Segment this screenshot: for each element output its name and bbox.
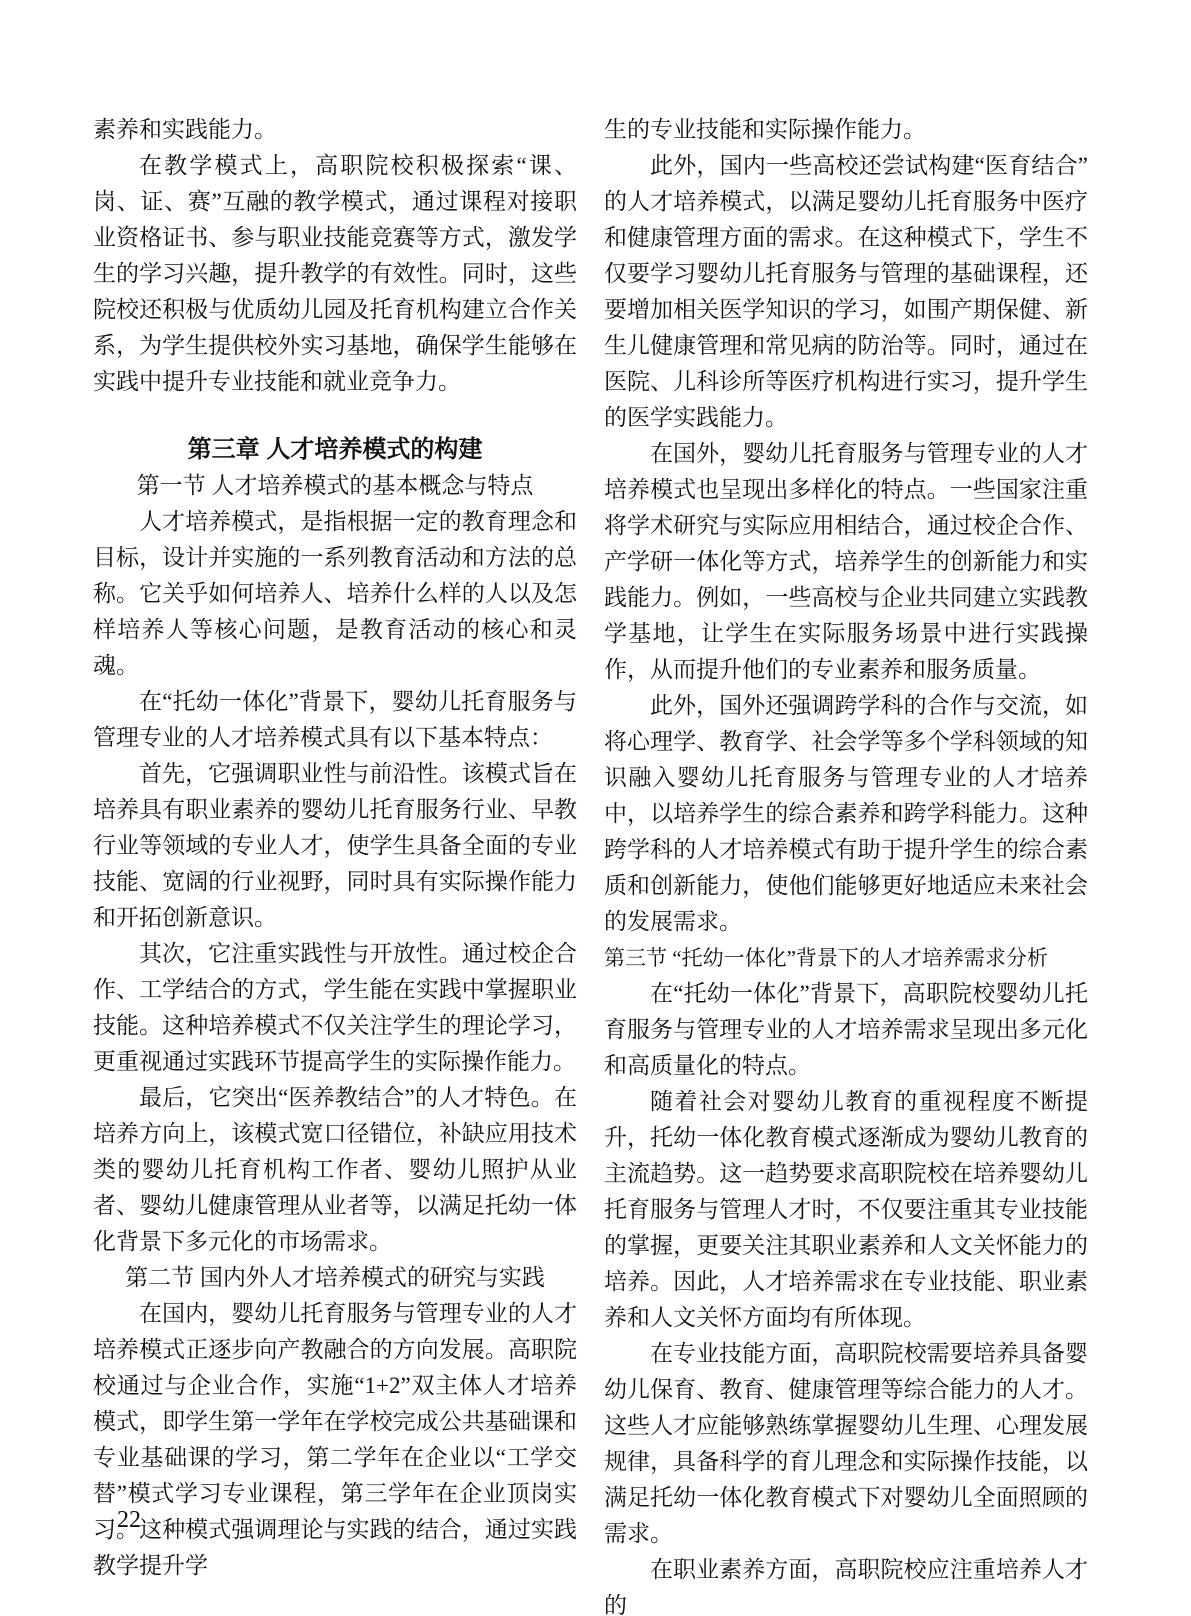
body-paragraph: 随着社会对婴幼儿教育的重视程度不断提升，托幼一体化教育模式逐渐成为婴幼儿教育的主… xyxy=(604,1084,1088,1336)
body-paragraph: 在国外，婴幼儿托育服务与管理专业的人才培养模式也呈现出多样化的特点。一些国家注重… xyxy=(604,436,1088,688)
body-paragraph: 其次，它注重实践性与开放性。通过校企合作、工学结合的方式，学生能在实践中掌握职业… xyxy=(93,936,577,1080)
body-paragraph: 在专业技能方面，高职院校需要培养具备婴幼儿保育、教育、健康管理等综合能力的人才。… xyxy=(604,1336,1088,1552)
section-heading: 第三节 “托幼一体化”背景下的人才培养需求分析 xyxy=(604,940,1088,976)
body-paragraph: 生的专业技能和实际操作能力。 xyxy=(604,112,1088,148)
body-paragraph: 人才培养模式，是指根据一定的教育理念和目标，设计并实施的一系列教育活动和方法的总… xyxy=(93,504,577,684)
section-heading: 第二节 国内外人才培养模式的研究与实践 xyxy=(93,1260,577,1296)
section-heading: 第一节 人才培养模式的基本概念与特点 xyxy=(93,468,577,504)
body-paragraph: 在“托幼一体化”背景下，高职院校婴幼儿托育服务与管理专业的人才培养需求呈现出多元… xyxy=(604,976,1088,1084)
body-paragraph: 此外，国内一些高校还尝试构建“医育结合”的人才培养模式，以满足婴幼儿托育服务中医… xyxy=(604,148,1088,436)
body-paragraph: 首先，它强调职业性与前沿性。该模式旨在培养具有职业素养的婴幼儿托育服务行业、早教… xyxy=(93,756,577,936)
page-number: 22 xyxy=(117,1502,141,1538)
body-paragraph: 最后，它突出“医养教结合”的人才特色。在培养方向上，该模式宽口径错位，补缺应用技… xyxy=(93,1080,577,1260)
body-paragraph: 素养和实践能力。 xyxy=(93,112,577,148)
body-paragraph: 在教学模式上，高职院校积极探索“课、岗、证、赛”互融的教学模式，通过课程对接职业… xyxy=(93,148,577,400)
body-paragraph: 此外，国外还强调跨学科的合作与交流，如将心理学、教育学、社会学等多个学科领域的知… xyxy=(604,688,1088,940)
chapter-heading: 第三章 人才培养模式的构建 xyxy=(93,432,577,468)
body-paragraph: 在国内，婴幼儿托育服务与管理专业的人才培养模式正逐步向产教融合的方向发展。高职院… xyxy=(93,1296,577,1584)
body-paragraph: 在职业素养方面，高职院校应注重培养人才的 xyxy=(604,1552,1088,1616)
right-column: 生的专业技能和实际操作能力。 此外，国内一些高校还尝试构建“医育结合”的人才培养… xyxy=(604,112,1088,1616)
left-column: 素养和实践能力。 在教学模式上，高职院校积极探索“课、岗、证、赛”互融的教学模式… xyxy=(93,112,577,1584)
body-paragraph: 在“托幼一体化”背景下，婴幼儿托育服务与管理专业的人才培养模式具有以下基本特点： xyxy=(93,684,577,756)
document-page: 素养和实践能力。 在教学模式上，高职院校积极探索“课、岗、证、赛”互融的教学模式… xyxy=(0,0,1191,1616)
